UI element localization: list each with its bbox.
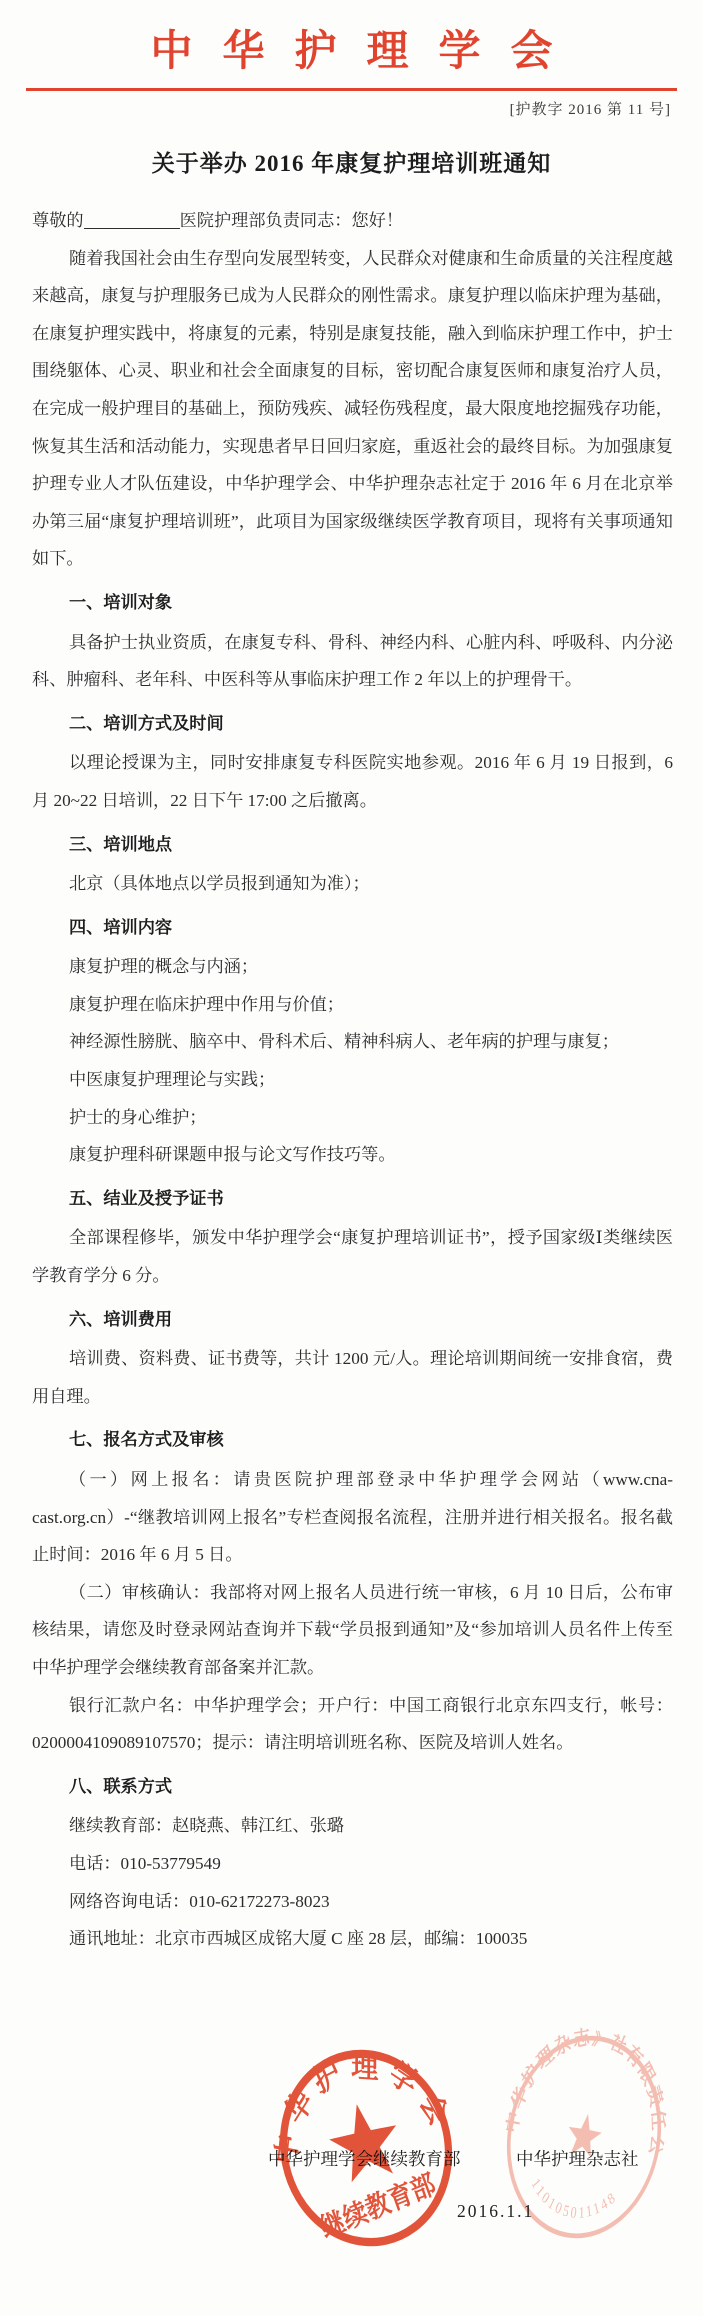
list-line: 电话：010-53779549 [32,1845,673,1883]
section-heading: 五、结业及授予证书 [32,1180,673,1218]
seal-banner-text: 继续教育部 [316,2167,440,2244]
issuer-right-signature: 中华护理杂志社 [516,2146,639,2171]
seal-arc-text: 《中华护理杂志》社有限责任公司 [495,2018,681,2160]
list-line: 中医康复护理理论与实践； [32,1061,673,1099]
letterhead-rule [26,88,677,91]
document-body-wrap: 尊敬的医院护理部负责同志：您好！ 随着我国社会由生存型向发展型转变，人民群众对健… [32,202,673,1958]
letterhead: 中华护理学会 [0,0,703,78]
section-heading: 二、培训方式及时间 [32,705,673,743]
star-icon [323,2097,406,2185]
salutation-prefix: 尊敬的 [32,211,84,230]
issue-date: 2016.1.1 [457,2201,534,2222]
paragraph: （二）审核确认：我部将对网上报名人员进行统一审核，6 月 10 日后，公布审核结… [32,1574,673,1687]
list-line: 北京（具体地点以学员报到通知为准）； [32,865,673,903]
paragraph: （一）网上报名：请贵医院护理部登录中华护理学会网站（www.cna-cast.o… [32,1461,673,1574]
section-heading: 七、报名方式及审核 [32,1421,673,1459]
organization-name: 中华护理学会 [150,18,582,78]
list-line: 网络咨询电话：010-62172273-8023 [32,1883,673,1921]
fill-in-blank [84,210,180,229]
list-line: 康复护理科研课题申报与论文写作技巧等。 [32,1136,673,1174]
list-line: 康复护理的概念与内涵； [32,948,673,986]
list-line: 继续教育部：赵晓燕、韩江红、张璐 [32,1807,673,1845]
section-heading: 八、联系方式 [32,1768,673,1806]
list-line: 通讯地址：北京市西城区成铭大厦 C 座 28 层，邮编：100035 [32,1920,673,1958]
issuer-left-signature: 中华护理学会继续教育部 [268,2146,461,2171]
paragraph: 随着我国社会由生存型向发展型转变，人民群众对健康和生命质量的关注程度越来越高，康… [32,240,673,578]
salutation-suffix: 医院护理部负责同志：您好！ [180,211,403,230]
paragraph: 具备护士执业资质，在康复专科、骨科、神经内科、心脏内科、呼吸科、内分泌科、肿瘤科… [32,624,673,699]
section-heading: 一、培训对象 [32,584,673,622]
salutation: 尊敬的医院护理部负责同志：您好！ [32,202,673,240]
section-heading: 三、培训地点 [32,826,673,864]
list-line: 神经源性膀胱、脑卒中、骨科术后、精神科病人、老年病的护理与康复； [32,1023,673,1061]
document-body: 随着我国社会由生存型向发展型转变，人民群众对健康和生命质量的关注程度越来越高，康… [32,240,673,1958]
paragraph: 以理论授课为主，同时安排康复专科医院实地参观。2016 年 6 月 19 日报到… [32,744,673,819]
notice-document: 中华护理学会 [护教字 2016 第 11 号] 关于举办 2016 年康复护理… [0,0,703,2316]
paragraph: 全部课程修毕，颁发中华护理学会“康复护理培训证书”，授予国家级Ⅰ类继续医学教育学… [32,1219,673,1294]
section-heading: 六、培训费用 [32,1301,673,1339]
paragraph: 培训费、资料费、证书费等，共计 1200 元/人。理论培训期间统一安排食宿，费用… [32,1340,673,1415]
document-number: [护教字 2016 第 11 号] [0,98,703,119]
seal-serial-number: 110105011148 [523,2173,621,2230]
list-line: 康复护理在临床护理中作用与价值； [32,986,673,1024]
paragraph: 银行汇款户名：中华护理学会；开户行：中国工商银行北京东四支行，帐号：020000… [32,1687,673,1762]
document-title: 关于举办 2016 年康复护理培训班通知 [0,145,703,178]
section-heading: 四、培训内容 [32,909,673,947]
list-line: 护士的身心维护； [32,1099,673,1137]
